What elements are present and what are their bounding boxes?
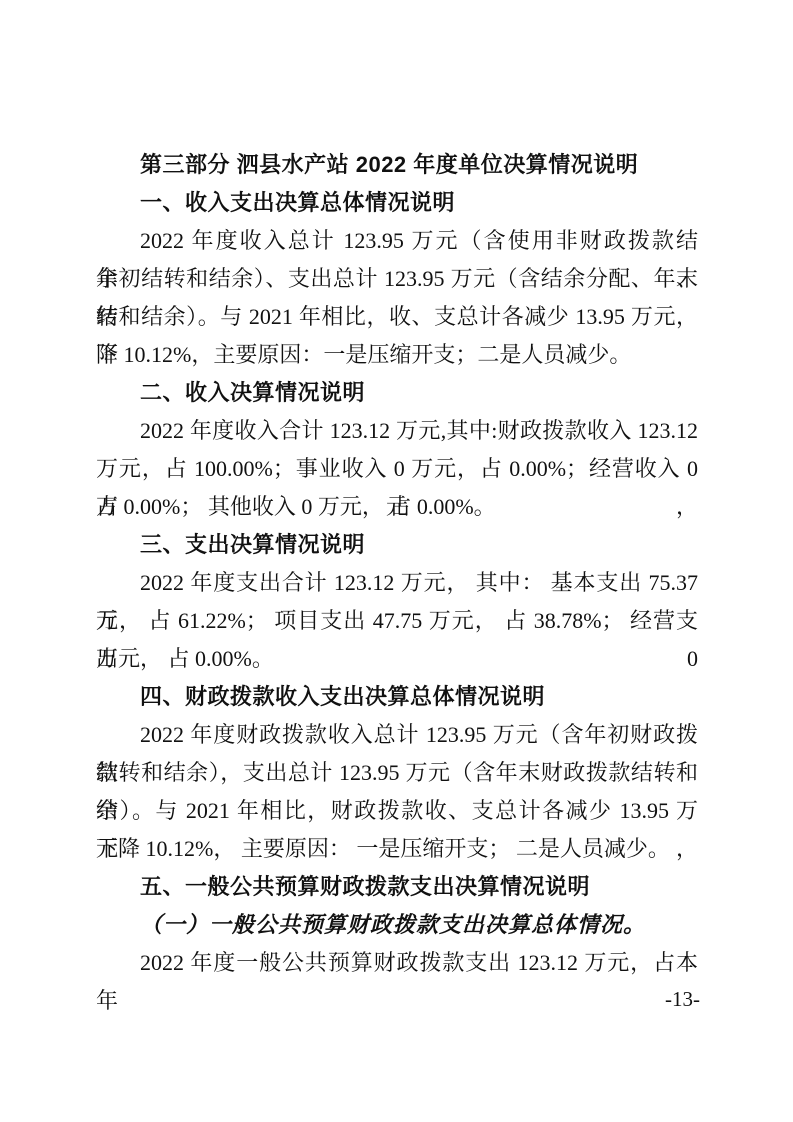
heading-part-title: 第三部分 泗县水产站 2022 年度单位决算情况说明 bbox=[96, 146, 698, 184]
paragraph-line: 2022 年度一般公共预算财政拨款支出 123.12 万元，占本年 bbox=[96, 944, 698, 982]
paragraph-line: 2022 年度支出合计 123.12 万元， 其中： 基本支出 75.37 万 bbox=[96, 564, 698, 602]
paragraph-line: 2022 年度收入总计 123.95 万元（含使用非财政拨款结余、 bbox=[96, 222, 698, 260]
paragraph-line: 转和结余）。与 2021 年相比，收、支总计各减少 13.95 万元，下 bbox=[96, 298, 698, 336]
heading-section: 五、一般公共预算财政拨款支出决算情况说明 bbox=[96, 868, 698, 906]
heading-section: 三、支出决算情况说明 bbox=[96, 526, 698, 564]
paragraph-line: 2022 年度收入合计 123.12 万元,其中:财政拨款收入 123.12 bbox=[96, 412, 698, 450]
paragraph-line: 2022 年度财政拨款收入总计 123.95 万元（含年初财政拨款 bbox=[96, 716, 698, 754]
paragraph-line: 余）。与 2021 年相比，财政拨款收、支总计各减少 13.95 万元， bbox=[96, 792, 698, 830]
heading-subsection: （一）一般公共预算财政拨款支出决算总体情况。 bbox=[96, 906, 698, 944]
heading-section: 二、收入决算情况说明 bbox=[96, 374, 698, 412]
heading-section: 四、财政拨款收入支出决算总体情况说明 bbox=[96, 678, 698, 716]
document-body: 第三部分 泗县水产站 2022 年度单位决算情况说明一、收入支出决算总体情况说明… bbox=[96, 146, 698, 982]
paragraph-line: 结转和结余），支出总计 123.95 万元（含年末财政拨款结转和结 bbox=[96, 754, 698, 792]
paragraph-line: 降 10.12%，主要原因：一是压缩开支；二是人员减少。 bbox=[96, 336, 698, 374]
heading-section: 一、收入支出决算总体情况说明 bbox=[96, 184, 698, 222]
page-number: -13- bbox=[665, 984, 700, 1014]
paragraph-line: 元， 占 61.22%； 项目支出 47.75 万元， 占 38.78%； 经营… bbox=[96, 602, 698, 640]
paragraph-line: 下降 10.12%， 主要原因： 一是压缩开支； 二是人员减少。 bbox=[96, 830, 698, 868]
document-page: 第三部分 泗县水产站 2022 年度单位决算情况说明一、收入支出决算总体情况说明… bbox=[0, 0, 793, 1122]
paragraph-line: 年初结转和结余）、支出总计 123.95 万元（含结余分配、年末结 bbox=[96, 260, 698, 298]
paragraph-line: 万元，占 100.00%；事业收入 0 万元，占 0.00%；经营收入 0 万元… bbox=[96, 450, 698, 488]
